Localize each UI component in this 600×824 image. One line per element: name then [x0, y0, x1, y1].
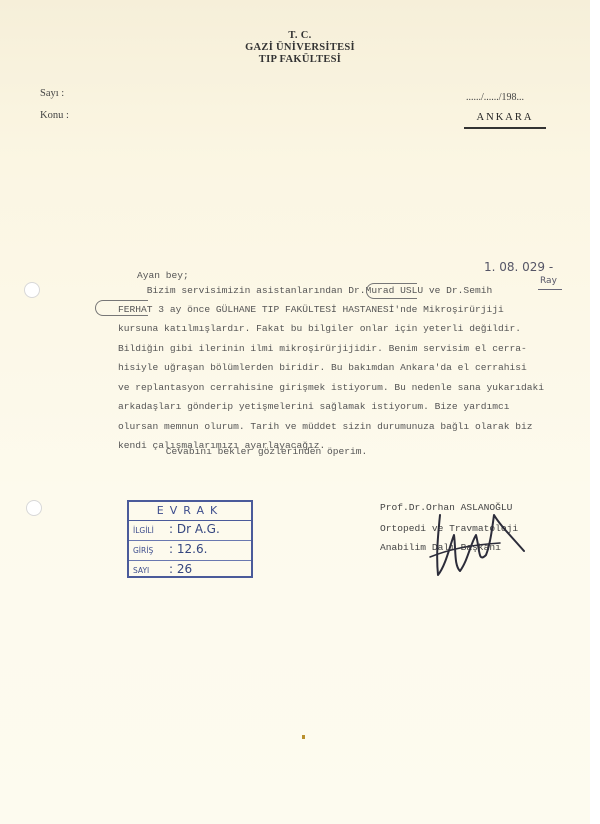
stamp-key: SAYI — [133, 566, 149, 575]
stamp-value: : Dr A.G. — [169, 522, 220, 536]
city-underline — [464, 127, 546, 129]
body-line: Bildiğin gibi ilerinin ilmi mikroşirürji… — [118, 343, 527, 354]
stamp-row: İLGİLİ : Dr A.G. — [129, 521, 251, 541]
page-edge — [590, 0, 600, 824]
letterhead-university: GAZİ ÜNİVERSİTESİ — [0, 42, 600, 53]
body-line: Bizim servisimizin asistanlarından Dr.Mu… — [118, 285, 492, 296]
stamp-row: GİRİŞ : 12.6. — [129, 541, 251, 561]
letterhead-faculty: TIP FAKÜLTESİ — [0, 54, 600, 65]
stamp-key: İLGİLİ — [133, 526, 154, 535]
paper-speck — [302, 735, 305, 739]
evrak-stamp: EVRAK İLGİLİ : Dr A.G. GİRİŞ : 12.6. SAY… — [127, 500, 253, 578]
letterhead-country: T. C. — [0, 30, 600, 41]
handwritten-signature — [420, 505, 540, 585]
handwritten-date-note: 1. 08. 029 - — [484, 260, 553, 274]
city-label: ANKARA — [466, 112, 544, 123]
hand-mark-semih — [366, 283, 417, 299]
letter-page — [0, 0, 590, 824]
body-line: hisiyle uğraşan bölümlerden biridir. Bu … — [118, 362, 527, 373]
handwritten-underline — [538, 289, 562, 290]
sayi-label: Sayı : — [40, 88, 64, 99]
body-line: ve replantasyon cerrahisine girişmek ist… — [118, 382, 544, 393]
body-line: kursuna katılmışlardır. Fakat bu bilgile… — [118, 323, 521, 334]
salutation: Ayan bey; — [137, 270, 189, 281]
stamp-value: : 26 — [169, 562, 192, 576]
closing-line: Cevabını bekler gözlerinden öperim. — [137, 446, 367, 457]
punch-hole — [24, 282, 40, 298]
punch-hole — [26, 500, 42, 516]
stamp-key: GİRİŞ — [133, 546, 153, 555]
date-placeholder: ....../....../198... — [466, 92, 524, 103]
body-line: arkadaşları gönderip yetişmelerini sağla… — [118, 401, 510, 412]
handwritten-note: Ray — [540, 276, 557, 286]
stamp-title: EVRAK — [129, 502, 251, 521]
hand-mark-ferhat — [95, 300, 148, 316]
body-line: FERHAT 3 ay önce GÜLHANE TIP FAKÜLTESİ H… — [118, 304, 504, 315]
stamp-row: SAYI : 26 — [129, 561, 251, 580]
body-line: olursan memnun olurum. Tarih ve müddet s… — [118, 421, 533, 432]
stamp-value: : 12.6. — [169, 542, 207, 556]
konu-label: Konu : — [40, 110, 69, 121]
